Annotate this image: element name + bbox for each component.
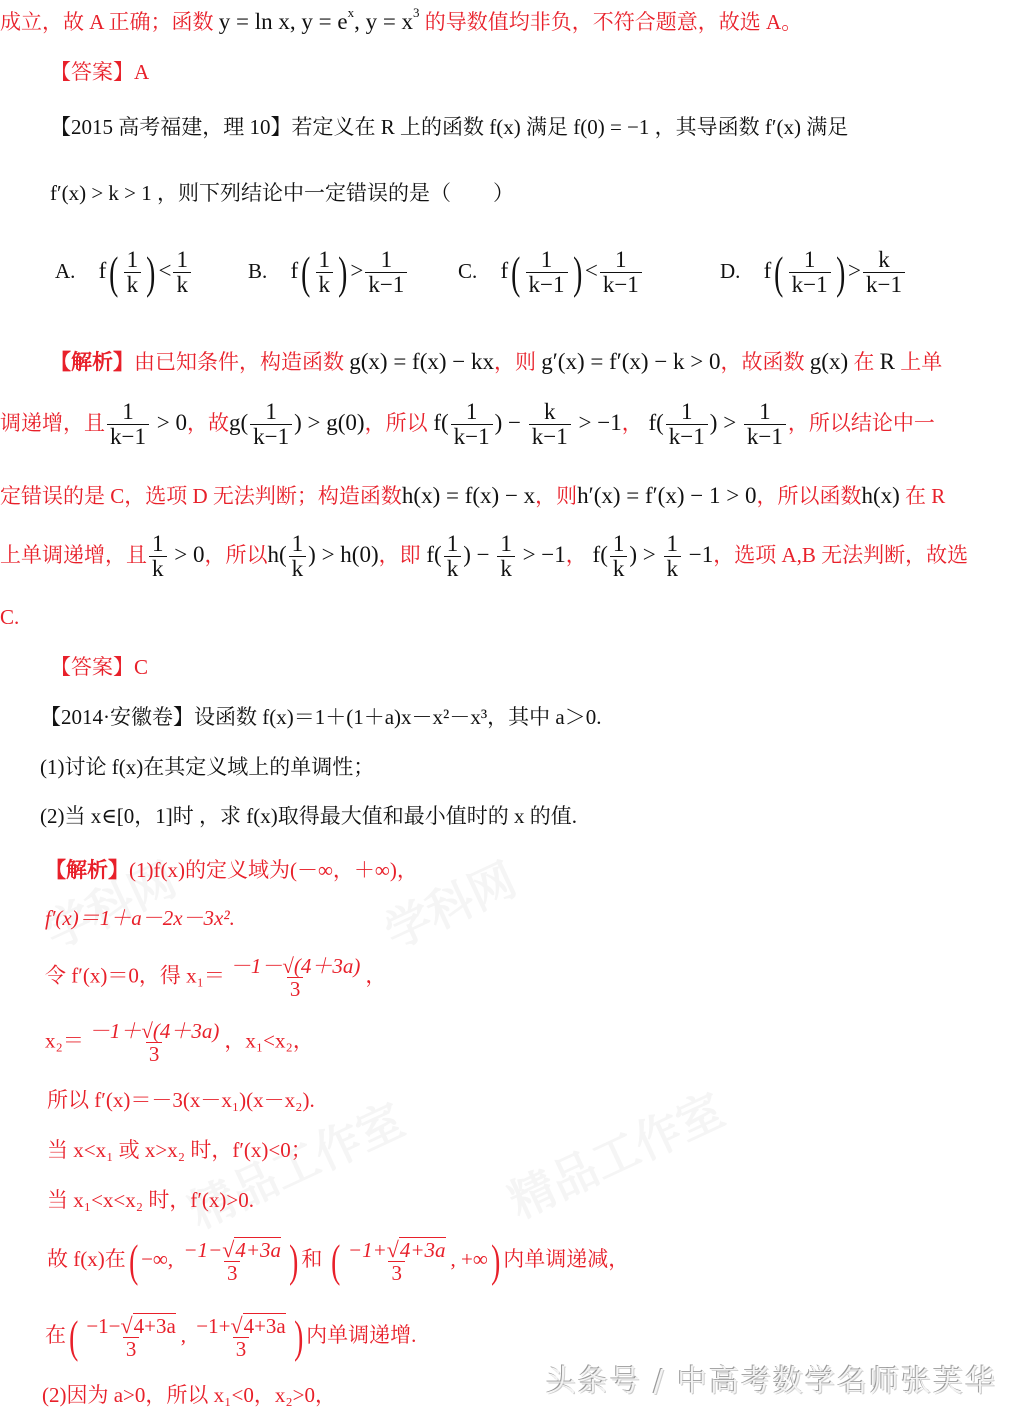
answer-value: C <box>134 655 148 679</box>
analysis-label: 【解析】 <box>45 858 129 882</box>
problem-2015-line1: 【2015 高考福建，理 10】若定义在 R 上的函数 f(x) 满足 f(0)… <box>50 117 848 138</box>
problem-2014-stem: 【2014·安徽卷】设函数 f(x)＝1＋(1＋a)x－x²－x³，其中 a＞0… <box>40 707 601 728</box>
analysis-2015-line5: C. <box>0 607 19 628</box>
text: 成立，故 A 正确；函数 <box>0 10 219 34</box>
line-conclusion: 成立，故 A 正确；函数 y = ln x, y = ex, y = x3 的导… <box>0 6 802 33</box>
option-a: A. f(1k)<1k <box>55 248 193 297</box>
problem-source: 【2015 高考福建，理 10】 <box>50 115 292 139</box>
problem-2015-line2: f′(x) > k > 1 ，则下列结论中一定错误的是（ ） <box>50 183 514 204</box>
analysis-2015-line3: 定错误的是 C，选项 D 无法判断；构造函数h(x) = f(x) − x，则h… <box>0 484 945 507</box>
analysis-2015-line1: 【解析】由已知条件，构造函数 g(x) = f(x) − kx，则 g′(x) … <box>50 350 942 373</box>
problem-2014-q2: (2)当 x∈[0，1]时 ，求 f(x)取得最大值和最小值时的 x 的值. <box>40 806 577 827</box>
option-d: D. f(1k−1)>kk−1 <box>720 248 907 297</box>
analysis-2014-line2: f′(x)＝1＋a－2x－3x². <box>45 908 235 929</box>
analysis-2014-line1: 【解析】(1)f(x)的定义域为(－∞，＋∞)， <box>45 860 418 881</box>
analysis-2014-line10: (2)因为 a>0，所以 x₁<0，x₂>0， <box>42 1385 336 1406</box>
analysis-2014-line5: 所以 f′(x)＝－3(x－x₁)(x－x₂). <box>47 1090 315 1111</box>
background-watermark: 精品工作室 <box>497 1074 733 1231</box>
answer-value: A <box>134 60 149 84</box>
analysis-2014-line8: 故 f(x)在(−∞, −1−√4+3a3)和 (−1+√4+3a3, +∞)内… <box>47 1238 629 1284</box>
answer-label: 【答案】 <box>50 60 134 84</box>
analysis-2014-line6: 当 x<x₁ 或 x>x₂ 时，f′(x)<0； <box>47 1140 312 1161</box>
problem-2014-q1: (1)讨论 f(x)在其定义域上的单调性； <box>40 757 374 778</box>
analysis-2015-line4: 上单调递增，且1k > 0，所以h(1k) > h(0)，即 f(1k) − 1… <box>0 532 968 581</box>
analysis-label: 【解析】 <box>50 350 134 374</box>
analysis-2014-line4: x₂＝－1＋√(4＋3a)3，x₁<x₂， <box>45 1020 314 1065</box>
analysis-2014-line7: 当 x₁<x<x₂ 时，f′(x)>0. <box>47 1190 254 1211</box>
analysis-2014-line9: 在(−1−√4+3a3, −1+√4+3a3)内单调递增. <box>45 1314 416 1360</box>
option-c: C. f(1k−1)<1k−1 <box>458 248 644 297</box>
problem-source: 【2014·安徽卷】 <box>40 705 194 729</box>
author-watermark: 头条号 / 中高考数学名师张芙华 <box>546 1356 997 1400</box>
answer-a: 【答案】A <box>50 62 149 83</box>
answer-c: 【答案】C <box>50 657 148 678</box>
analysis-2015-line2: 调递增，且1k−1 > 0，故g(1k−1) > g(0)，所以 f(1k−1)… <box>0 400 935 449</box>
option-b: B. f(1k)>1k−1 <box>248 248 409 297</box>
analysis-2014-line3: 令 f′(x)＝0，得 x₁＝－1－√(4＋3a)3， <box>45 955 386 1000</box>
answer-label: 【答案】 <box>50 655 134 679</box>
